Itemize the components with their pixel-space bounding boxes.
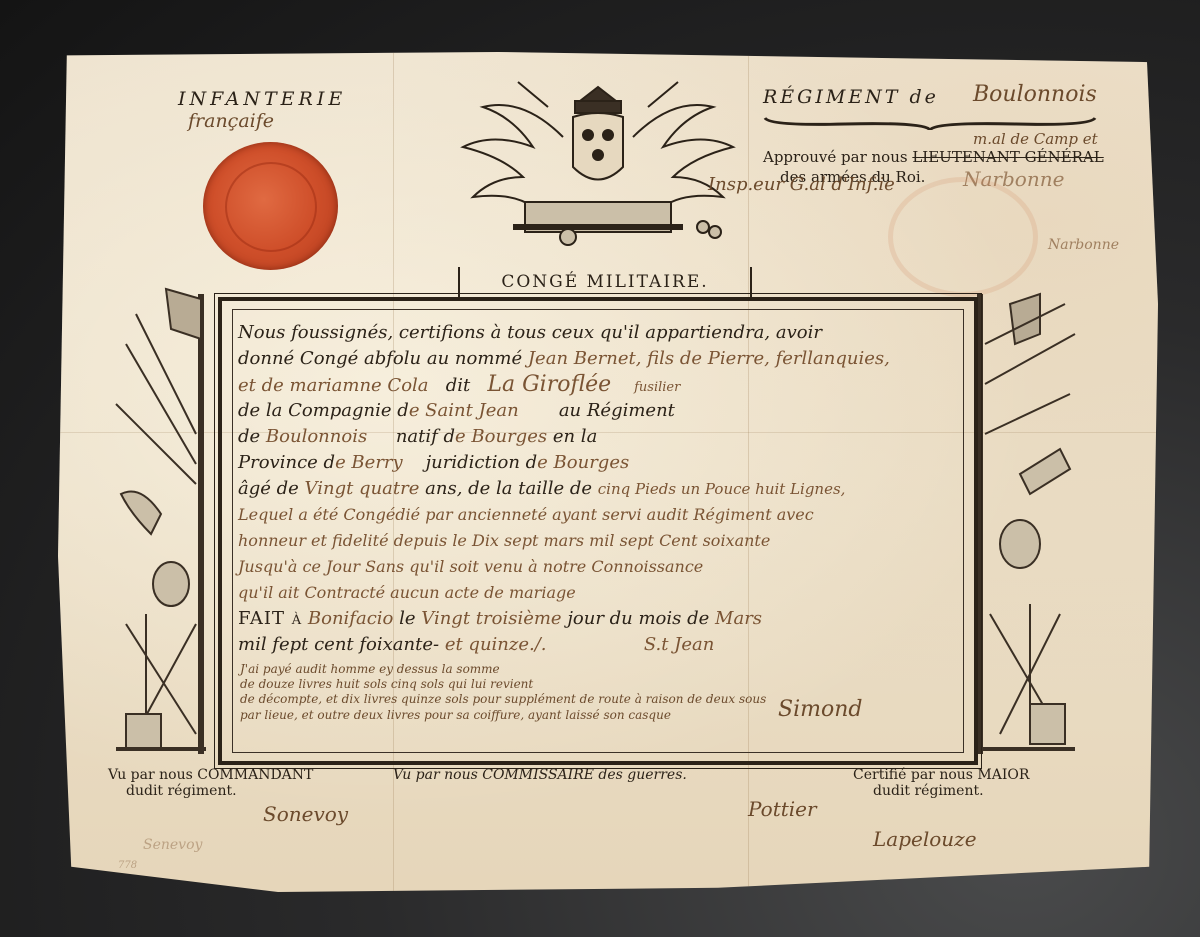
body-line: âgé de Vingt quatre ans, de la taille de… bbox=[238, 476, 958, 502]
francaise-handwritten: françaife bbox=[188, 110, 274, 132]
body-line: de la Compagnie de Saint Jean au Régimen… bbox=[238, 398, 958, 424]
body-line: Nous foussignés, certifions à tous ceux … bbox=[238, 320, 958, 346]
royal-crest-icon bbox=[453, 67, 743, 277]
pencil-number: 778 bbox=[118, 860, 137, 871]
wax-seal-icon bbox=[203, 142, 338, 270]
pencil-margin-note: Narbonne bbox=[1048, 237, 1119, 253]
struck-title: LIEUTENANT GÉNÉRAL bbox=[912, 148, 1103, 166]
approval-line: Approuvé par nous LIEUTENANT GÉNÉRAL bbox=[763, 148, 1104, 166]
body-line: de Boulonnois natif de Bourges en la bbox=[238, 424, 958, 450]
brace-ornament-icon bbox=[763, 116, 1098, 130]
day-signed: Vingt troisième bbox=[421, 608, 561, 629]
body-line: FAIT à Bonifacio le Vingt troisième jour… bbox=[238, 606, 958, 632]
soldier-name: Jean Bernet, fils de Pierre, ferllanquie… bbox=[528, 348, 890, 369]
height: cinq Pieds un Pouce huit Lignes, bbox=[598, 480, 846, 498]
document-title: CONGÉ MILITAIRE. bbox=[458, 267, 752, 297]
body-line: mil fept cent foixante- et quinze./. S.t… bbox=[238, 632, 958, 658]
commandant-block: Vu par nous COMMANDANT dudit régiment. bbox=[108, 767, 313, 799]
year-signed: et quinze./. bbox=[445, 634, 547, 655]
commissaire-signature: Pottier bbox=[748, 797, 817, 821]
payment-note-line: de douze livres huit sols cinq sols qui … bbox=[240, 677, 940, 691]
regiment-name-handwritten: Boulonnois bbox=[973, 82, 1097, 107]
company-name: e Saint Jean bbox=[409, 400, 519, 421]
inspector-title-handwritten: Insp.eur G.al d'Inf.ie bbox=[708, 174, 895, 195]
month-signed: Mars bbox=[715, 608, 762, 629]
infanterie-heading: INFANTERIE bbox=[178, 88, 346, 110]
body-line: et de mariamne Cola dit La Giroflée fusi… bbox=[238, 372, 958, 398]
birthplace: e Bourges bbox=[455, 426, 547, 447]
document-paper: INFANTERIE françaife CONGÉ MILITAIRE. RÉ… bbox=[58, 52, 1158, 892]
place-signed: Bonifacio bbox=[308, 608, 393, 629]
nom-de-guerre: La Giroflée bbox=[487, 372, 611, 397]
commissaire-block: Vu par nous COMMISSAIRE des guerres. bbox=[393, 767, 687, 783]
payment-note-line: J'ai payé audit homme ey dessus la somme bbox=[240, 662, 940, 676]
body-line: qu'il ait Contracté aucun acte de mariag… bbox=[238, 580, 958, 606]
major-signature: Lapelouze bbox=[873, 827, 977, 851]
major-block: Certifié par nous MAIOR dudit régiment. bbox=[853, 767, 1029, 799]
commandant-signature: Sonevoy bbox=[263, 802, 348, 826]
body-line: Province de Berry juridiction de Bourges bbox=[238, 450, 958, 476]
pencil-note: Senevoy bbox=[143, 837, 202, 853]
body-line: Lequel a été Congédié par ancienneté aya… bbox=[238, 502, 958, 528]
body-line: honneur et fidelité depuis le Dix sept m… bbox=[238, 528, 958, 554]
certificate-body: Nous foussignés, certifions à tous ceux … bbox=[238, 320, 958, 658]
body-line: donné Congé abfolu au nommé Jean Bernet,… bbox=[238, 346, 958, 372]
regiment-heading: RÉGIMENT de bbox=[763, 86, 939, 108]
military-trophy-left-icon bbox=[106, 284, 216, 764]
military-trophy-right-icon bbox=[970, 284, 1080, 764]
approval-text: Approuvé par nous bbox=[763, 148, 908, 166]
faded-stamp-icon bbox=[888, 177, 1038, 297]
captain-signature: Simond bbox=[778, 697, 862, 722]
body-line: Jusqu'à ce Jour Sans qu'il soit venu à n… bbox=[238, 554, 958, 580]
age: Vingt quatre bbox=[305, 478, 420, 499]
marechal-de-camp-correction: m.al de Camp et bbox=[973, 130, 1098, 148]
